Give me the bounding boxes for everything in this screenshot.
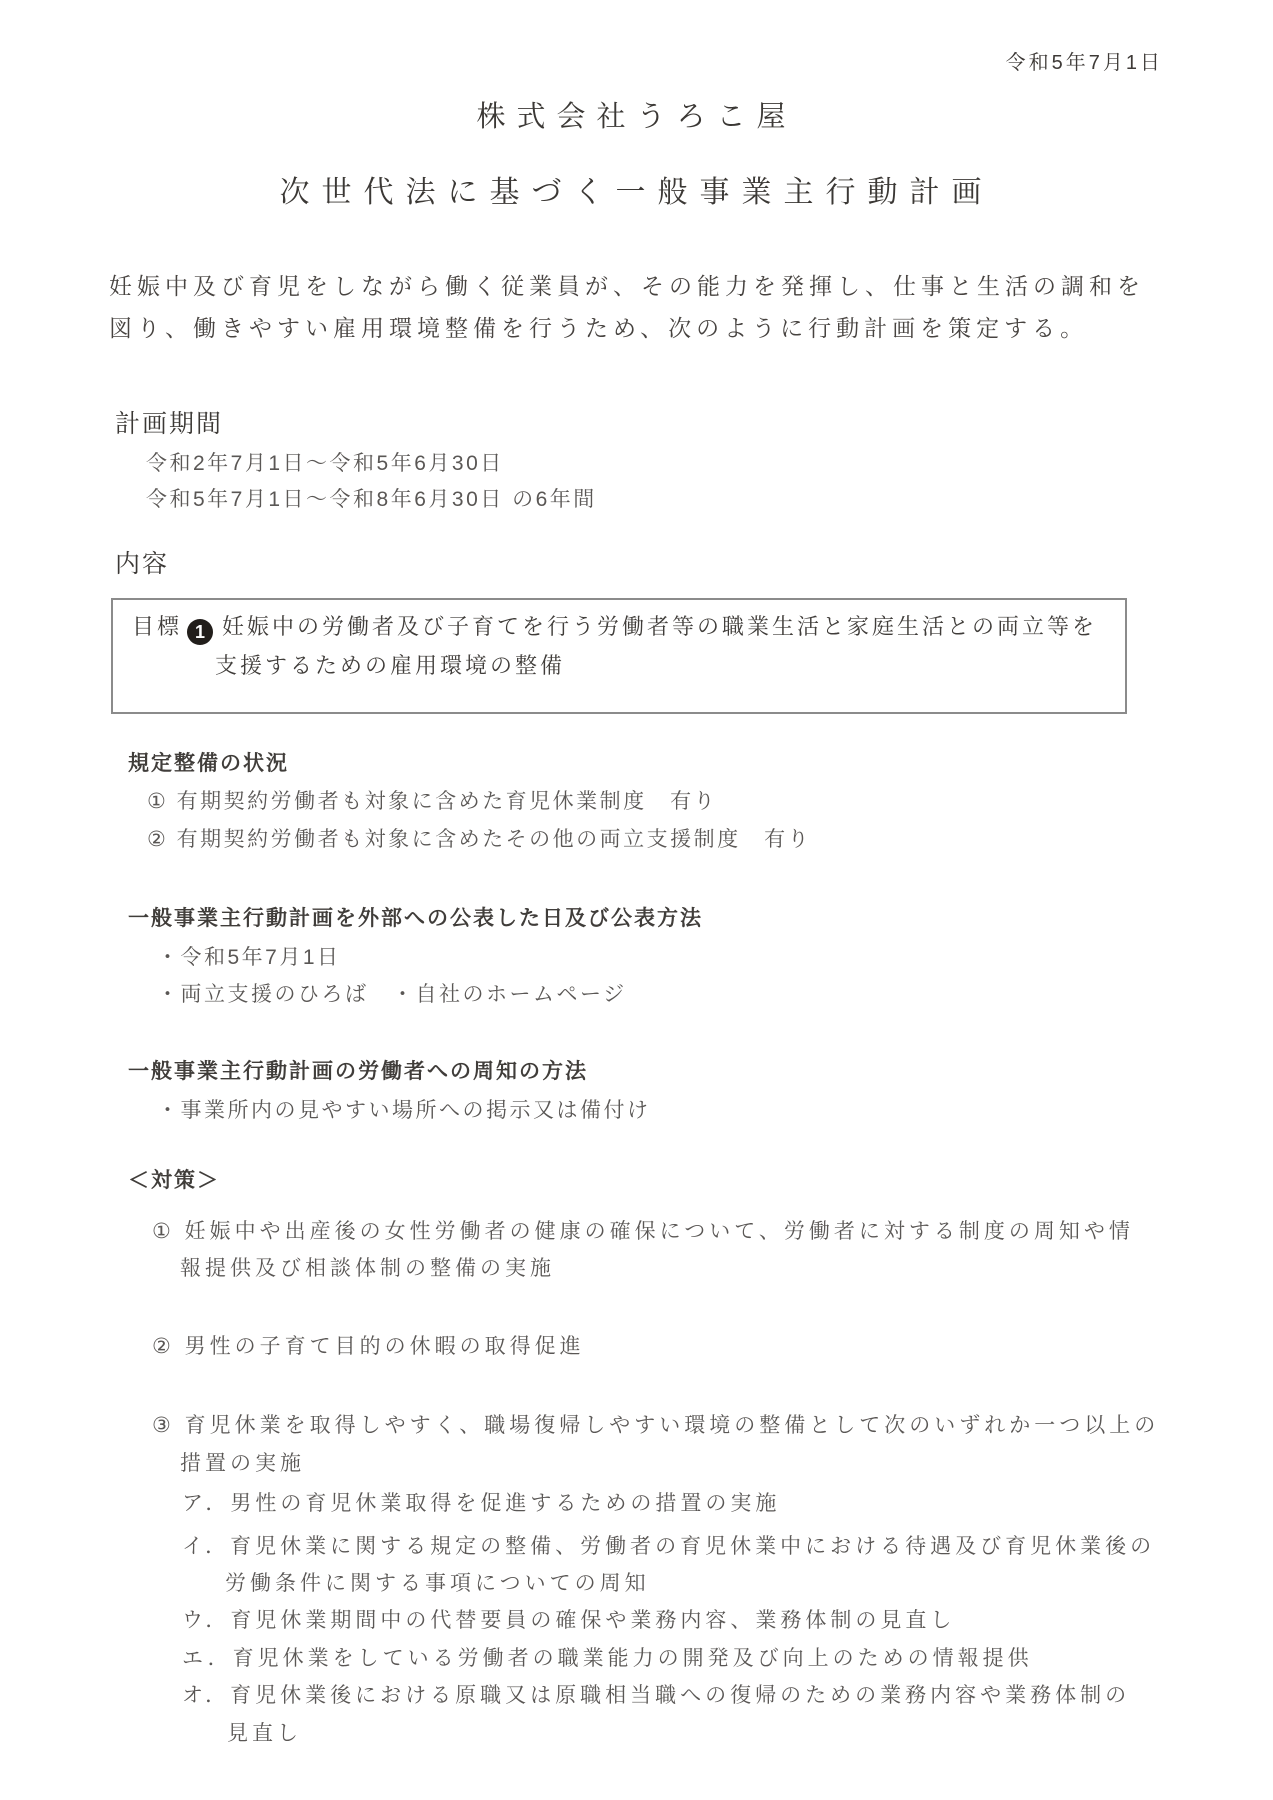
publication-item-1: ・令和5年7月1日 [157, 944, 341, 971]
intro-paragraph-line2: 図り、働きやすい雇用環境整備を行うため、次のように行動計画を策定する。 [109, 314, 1088, 344]
document-title: 次世代法に基づく一般事業主行動計画 [0, 173, 1273, 212]
measure-1-line1: ① 妊娠中や出産後の女性労働者の健康の確保について、労働者に対する制度の周知や情 [152, 1218, 1134, 1245]
measure-3-sub-o-line1: オ．育児休業後における原職又は原職相当職への復帰のための業務内容や業務体制の [182, 1682, 1130, 1709]
notification-heading: 一般事業主行動計画の労働者への周知の方法 [128, 1058, 588, 1085]
goal-box: 目標1妊娠中の労働者及び子育てを行う労働者等の職業生活と家庭生活との両立等を 支… [111, 598, 1127, 714]
measures-heading: ＜対策＞ [128, 1167, 220, 1194]
measure-2: ② 男性の子育て目的の休暇の取得促進 [152, 1333, 585, 1360]
company-name: 株式会社うろこ屋 [0, 99, 1273, 137]
publication-heading: 一般事業主行動計画を外部への公表した日及び公表方法 [128, 905, 703, 932]
content-heading: 内容 [115, 548, 169, 581]
document-page: 令和5年7月1日 株式会社うろこ屋 次世代法に基づく一般事業主行動計画 妊娠中及… [0, 0, 1273, 1800]
goal-line1: 目標1妊娠中の労働者及び子育てを行う労働者等の職業生活と家庭生活との両立等を [132, 613, 1097, 645]
measure-1-line2: 報提供及び相談体制の整備の実施 [180, 1255, 555, 1282]
plan-period-heading: 計画期間 [115, 408, 223, 441]
measure-3-line1: ③ 育児休業を取得しやすく、職場復帰しやすい環境の整備として次のいずれか一つ以上… [152, 1412, 1159, 1439]
measure-3-sub-a: ア．男性の育児休業取得を促進するための措置の実施 [182, 1490, 780, 1517]
goal-label: 目標 [132, 614, 182, 639]
goal-text-line2: 支援するための雇用環境の整備 [215, 652, 565, 681]
regulation-item-1: ① 有期契約労働者も対象に含めた育児休業制度 有り [147, 788, 717, 815]
regulation-status-heading: 規定整備の状況 [128, 750, 289, 777]
measure-3-sub-o-line2: 見直し [227, 1720, 302, 1747]
goal-number-badge-icon: 1 [187, 619, 213, 645]
publication-item-2: ・両立支援のひろば ・自社のホームページ [157, 981, 627, 1008]
intro-paragraph-line1: 妊娠中及び育児をしながら働く従業員が、その能力を発揮し、仕事と生活の調和を [109, 272, 1145, 302]
plan-period-2: 令和5年7月1日～令和8年6月30日 の6年間 [146, 486, 597, 513]
measure-3-sub-u: ウ．育児休業期間中の代替要員の確保や業務内容、業務体制の見直し [182, 1607, 955, 1634]
notification-item-1: ・事業所内の見やすい場所への掲示又は備付け [157, 1097, 651, 1124]
measure-3-sub-i-line2: 労働条件に関する事項についての周知 [225, 1570, 650, 1597]
plan-period-1: 令和2年7月1日～令和5年6月30日 [146, 450, 504, 477]
measure-3-sub-e: エ．育児休業をしている労働者の職業能力の開発及び向上のための情報提供 [182, 1645, 1033, 1672]
measure-3-line2: 措置の実施 [180, 1450, 305, 1477]
goal-text-line1: 妊娠中の労働者及び子育てを行う労働者等の職業生活と家庭生活との両立等を [222, 614, 1097, 639]
regulation-item-2: ② 有期契約労働者も対象に含めたその他の両立支援制度 有り [147, 826, 811, 853]
document-date: 令和5年7月1日 [1006, 50, 1163, 76]
measure-3-sub-i-line1: イ．育児休業に関する規定の整備、労働者の育児休業中における待遇及び育児休業後の [182, 1533, 1155, 1560]
